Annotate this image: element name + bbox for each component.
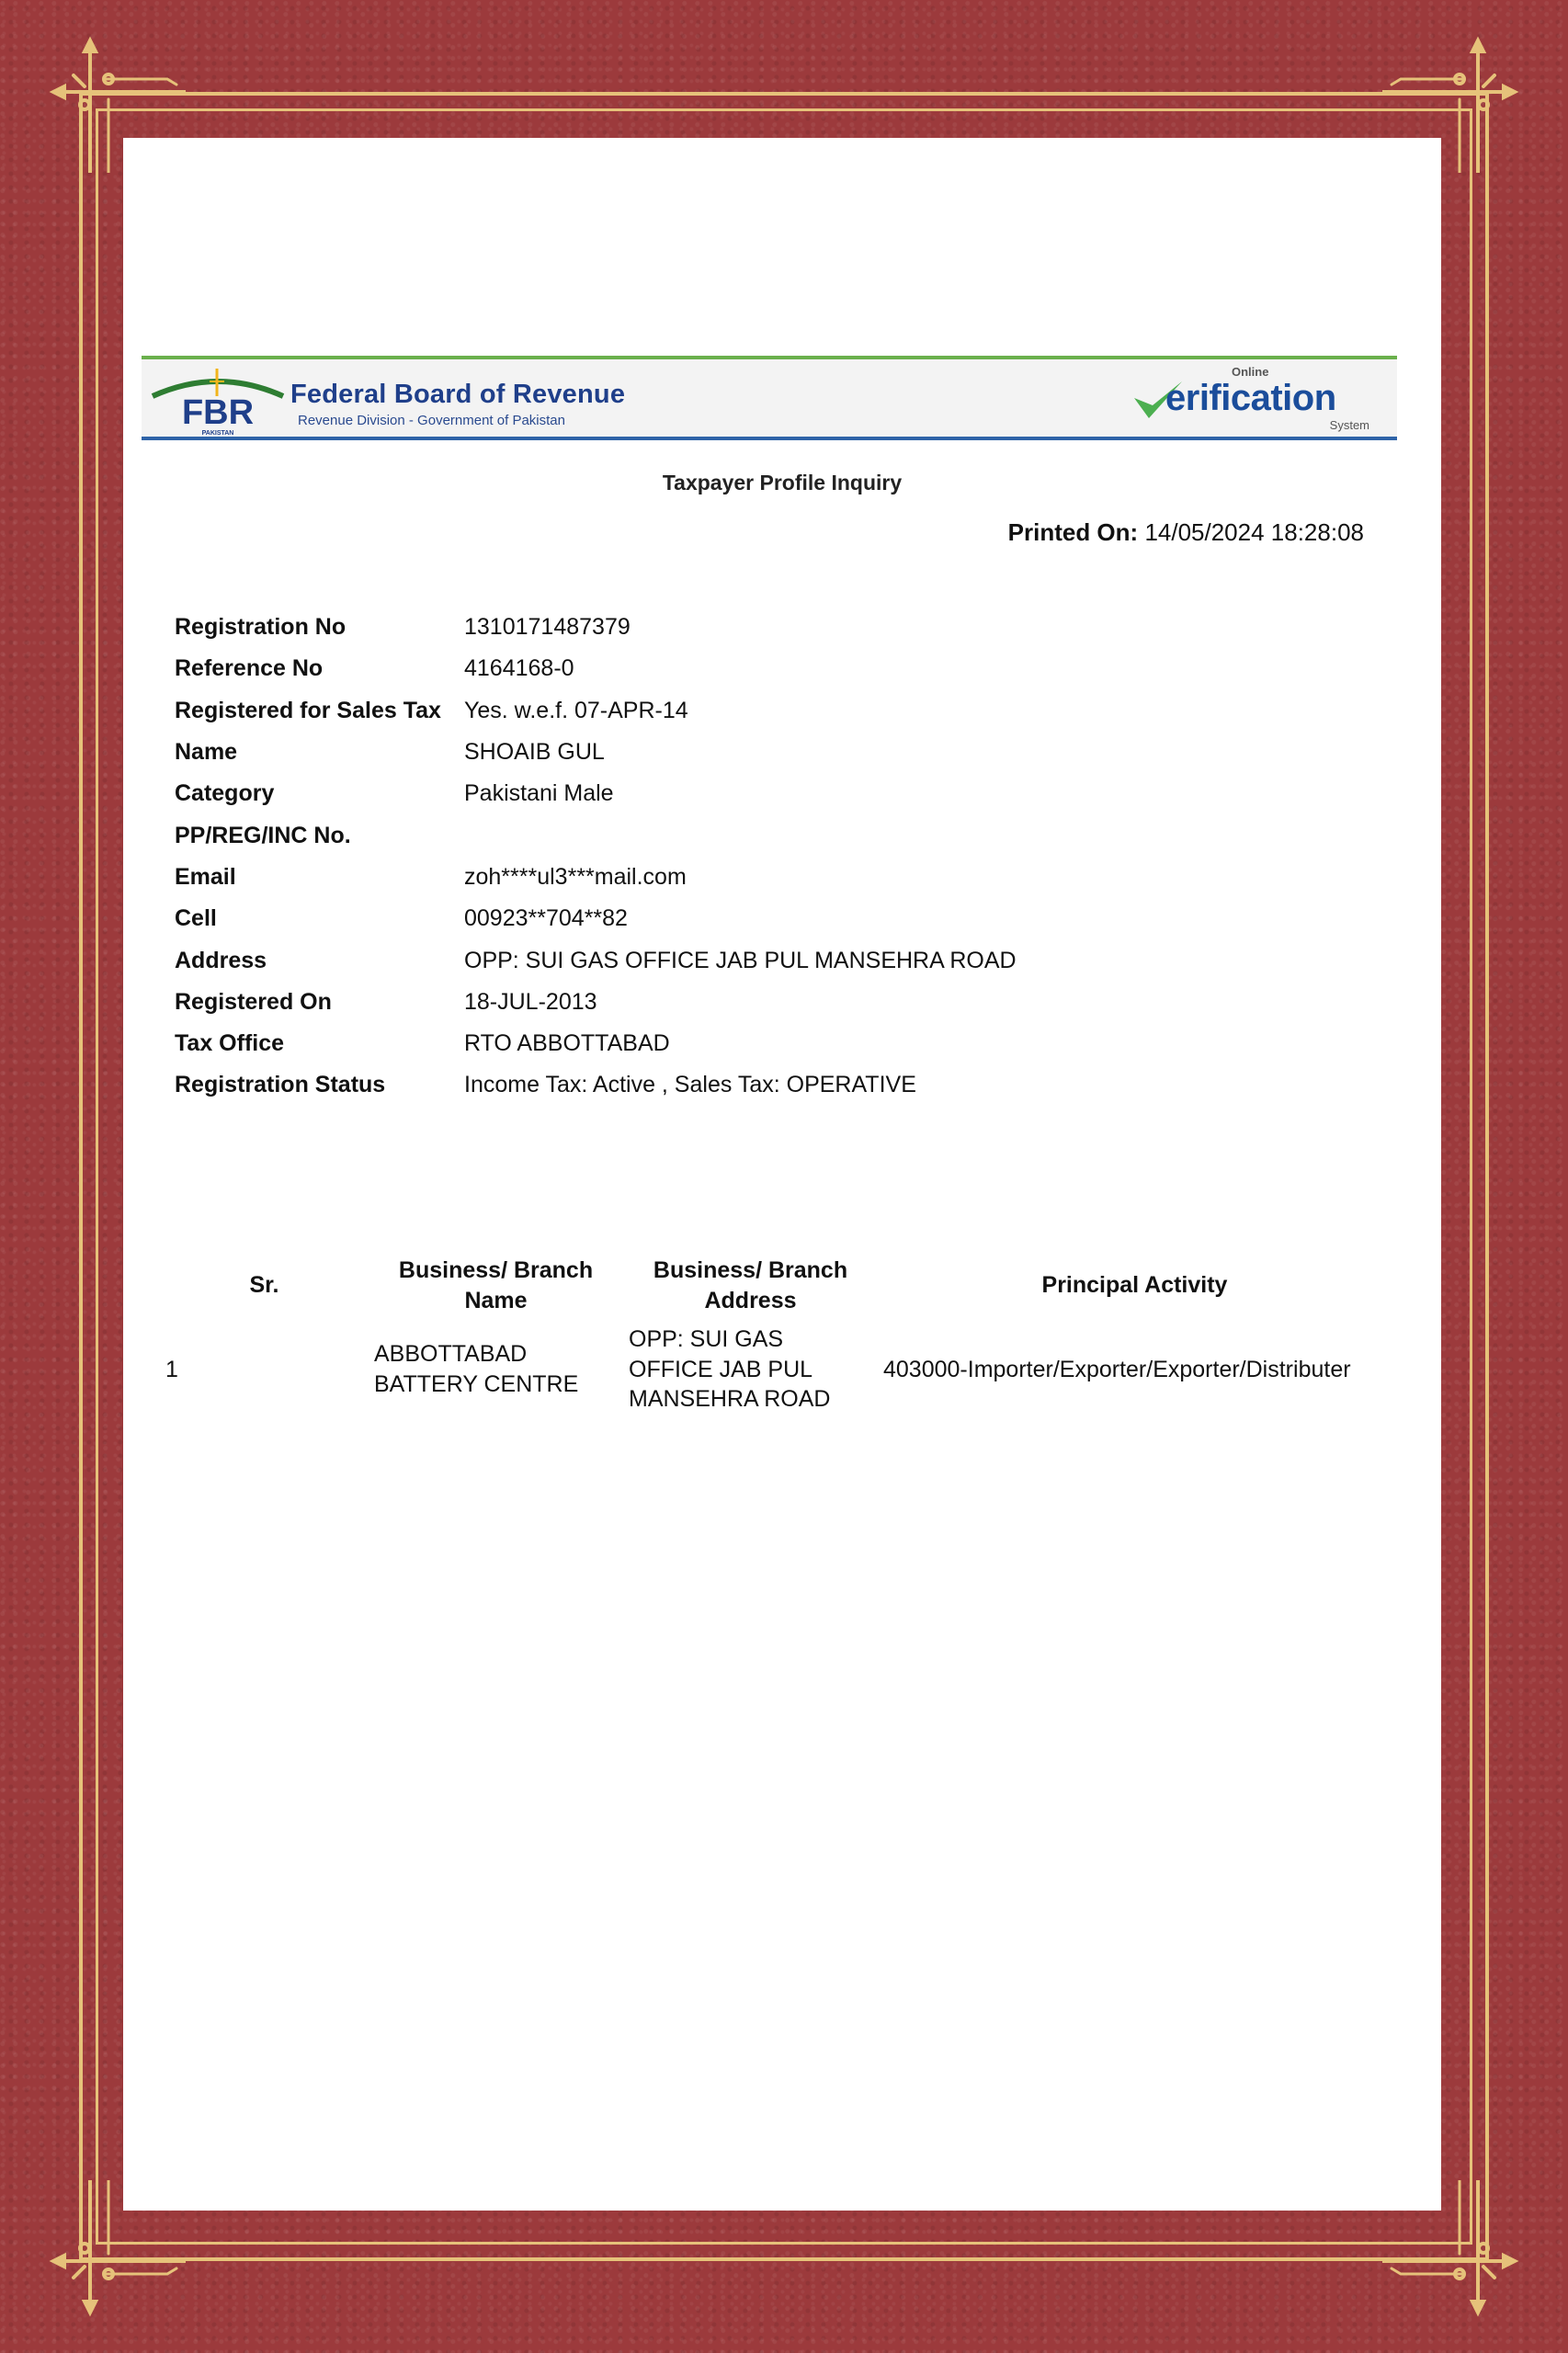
printed-on-value: 14/05/2024 18:28:08 <box>1144 518 1364 546</box>
ovs-system-text: System <box>1330 418 1369 432</box>
document-title: Taxpayer Profile Inquiry <box>123 471 1441 495</box>
cell-sr: 1 <box>160 1319 369 1420</box>
col-header-branch-name: Business/ Branch Name <box>369 1252 623 1319</box>
field-tax-office: Tax Office RTO ABBOTTABAD <box>175 1023 1017 1064</box>
branches-table: Sr. Business/ Branch Name Business/ Bran… <box>160 1252 1392 1420</box>
field-registration-no: Registration No 1310171487379 <box>175 607 1017 648</box>
svg-text:FBR: FBR <box>182 393 254 432</box>
field-address: Address OPP: SUI GAS OFFICE JAB PUL MANS… <box>175 939 1017 981</box>
field-cell: Cell 00923**704**82 <box>175 898 1017 939</box>
profile-fields: Registration No 1310171487379 Reference … <box>175 607 1017 1107</box>
col-header-sr: Sr. <box>160 1252 369 1319</box>
field-registration-status: Registration Status Income Tax: Active ,… <box>175 1064 1017 1106</box>
document-page: FBR PAKISTAN Federal Board of Revenue Re… <box>123 138 1441 2211</box>
col-header-branch-address: Business/ Branch Address <box>623 1252 878 1319</box>
printed-on-label: Printed On: <box>1008 518 1139 546</box>
table-row: 1 ABBOTTABAD BATTERY CENTRE OPP: SUI GAS… <box>160 1319 1392 1420</box>
cell-principal-activity: 403000-Importer/Exporter/Exporter/Distri… <box>878 1319 1392 1420</box>
col-header-principal-activity: Principal Activity <box>878 1252 1392 1319</box>
online-verification-logo: Online erification System <box>1131 365 1369 438</box>
field-reference-no: Reference No 4164168-0 <box>175 648 1017 689</box>
ovs-word: erification <box>1165 378 1336 419</box>
field-sales-tax: Registered for Sales Tax Yes. w.e.f. 07-… <box>175 690 1017 732</box>
field-category: Category Pakistani Male <box>175 773 1017 814</box>
org-subtitle: Revenue Division - Government of Pakista… <box>298 413 565 428</box>
field-pp-reg-inc-no: PP/REG/INC No. <box>175 814 1017 856</box>
ovs-online-text: Online <box>1232 365 1268 379</box>
org-name: Federal Board of Revenue <box>290 380 625 410</box>
cell-branch-address: OPP: SUI GAS OFFICE JAB PUL MANSEHRA ROA… <box>623 1319 878 1420</box>
cell-branch-name: ABBOTTABAD BATTERY CENTRE <box>369 1319 623 1420</box>
table-header-row: Sr. Business/ Branch Name Business/ Bran… <box>160 1252 1392 1319</box>
field-registered-on: Registered On 18-JUL-2013 <box>175 982 1017 1023</box>
fbr-logo-icon: FBR PAKISTAN <box>149 369 287 437</box>
fbr-header-banner: FBR PAKISTAN Federal Board of Revenue Re… <box>142 356 1397 440</box>
printed-on: Printed On: 14/05/2024 18:28:08 <box>1008 518 1364 547</box>
field-email: Email zoh****ul3***mail.com <box>175 857 1017 898</box>
field-name: Name SHOAIB GUL <box>175 732 1017 773</box>
svg-text:PAKISTAN: PAKISTAN <box>202 430 234 437</box>
